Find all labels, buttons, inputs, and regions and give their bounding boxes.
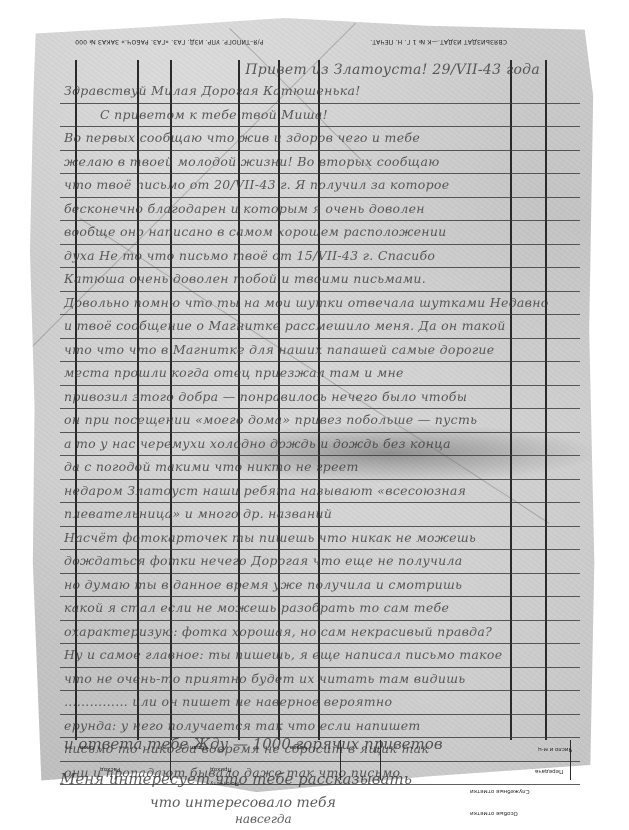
form-label: Число и м-ц bbox=[538, 746, 572, 752]
letter-line: что твоё письмо от 20/VII-43 г. Я получи… bbox=[60, 174, 580, 198]
letter-line: Во первых сообщаю что жив и здоров чего … bbox=[60, 127, 580, 151]
letter-line: вообще оно написано в самом хорошем расп… bbox=[60, 221, 580, 245]
printed-header-right: СВЯЗЬИЗДАТ ИЗДАТ.—К № 1 Г. Н. ПЕЧАТ. bbox=[370, 38, 507, 45]
postscript-line: Меня интересует что тебе рассказывать bbox=[60, 770, 412, 788]
form-label: Передача bbox=[535, 768, 563, 774]
letter-line: но думаю ты в данное время уже получила … bbox=[60, 574, 580, 598]
letter-line: да с погодой такими что никто не греет bbox=[60, 456, 580, 480]
letter-body: Привет из Златоуста! 29/VII-43 года Здра… bbox=[60, 60, 580, 785]
letter-line: …………… или он пишет не наверное вероятно bbox=[60, 691, 580, 715]
letter-line: бесконечно благодарен и которым я очень … bbox=[60, 198, 580, 222]
letter-line: желаю в твоей молодой жизни! Во вторых с… bbox=[60, 151, 580, 175]
form-label: Служебные отметки bbox=[470, 788, 530, 794]
postscript-line: что интересовало тебя bbox=[150, 795, 336, 811]
letter-line: охарактеризую: фотка хорошая, но сам нек… bbox=[60, 621, 580, 645]
letter-line: привозил этого добра — понравилось нечег… bbox=[60, 386, 580, 410]
letter-line: Катюша очень доволен тобой и твоими пись… bbox=[60, 268, 580, 292]
letter-line: и твоё сообщение о Магнитке рассмешило м… bbox=[60, 315, 580, 339]
form-label: Особые отметки bbox=[470, 810, 518, 816]
letter-line: что не очень-то приятно будет их читать … bbox=[60, 668, 580, 692]
letter-line: недаром Златоуст наши ребята называют «в… bbox=[60, 480, 580, 504]
letter-line: Насчёт фотокарточек ты пишешь что никак … bbox=[60, 527, 580, 551]
letter-heading: Привет из Златоуста! 29/VII-43 года bbox=[60, 60, 580, 80]
letter-line: Здравствуй Милая Дорогая Катюшенька! bbox=[60, 80, 580, 104]
letter-line: духа Не то что письмо твоё от 15/VII-43 … bbox=[60, 245, 580, 269]
letter-line: а то у нас черемухи холодно дождь и дожд… bbox=[60, 433, 580, 457]
letter-line: дождаться фотки нечего Дорогая что еще н… bbox=[60, 550, 580, 574]
letter-line: плевательница» и много др. названий bbox=[60, 503, 580, 527]
letter-line: он при посещении «моего дома» привез поб… bbox=[60, 409, 580, 433]
letter-line: Довольно помню что ты на мои шутки отвеч… bbox=[60, 292, 580, 316]
letter-line: Ну и самое главное: ты пишешь, я еще нап… bbox=[60, 644, 580, 668]
closing-line: и ответа тебе Жду — 1000 горячих привето… bbox=[64, 735, 443, 753]
printed-header-left: Р/Я–ТИПОГР. УПР. ИЗД. ГАЗ. «ГАЗ. РАБОЧ.»… bbox=[75, 38, 263, 45]
postscript-line: навсегда bbox=[235, 812, 292, 826]
letter-line: что что что в Магнитке для наших папашей… bbox=[60, 339, 580, 363]
letter-line: С приветом к тебе твой Миша! bbox=[60, 104, 580, 128]
letter-line: какой я стал если не можешь разобрать то… bbox=[60, 597, 580, 621]
letter-line: места прошли когда отец приезжал там и м… bbox=[60, 362, 580, 386]
